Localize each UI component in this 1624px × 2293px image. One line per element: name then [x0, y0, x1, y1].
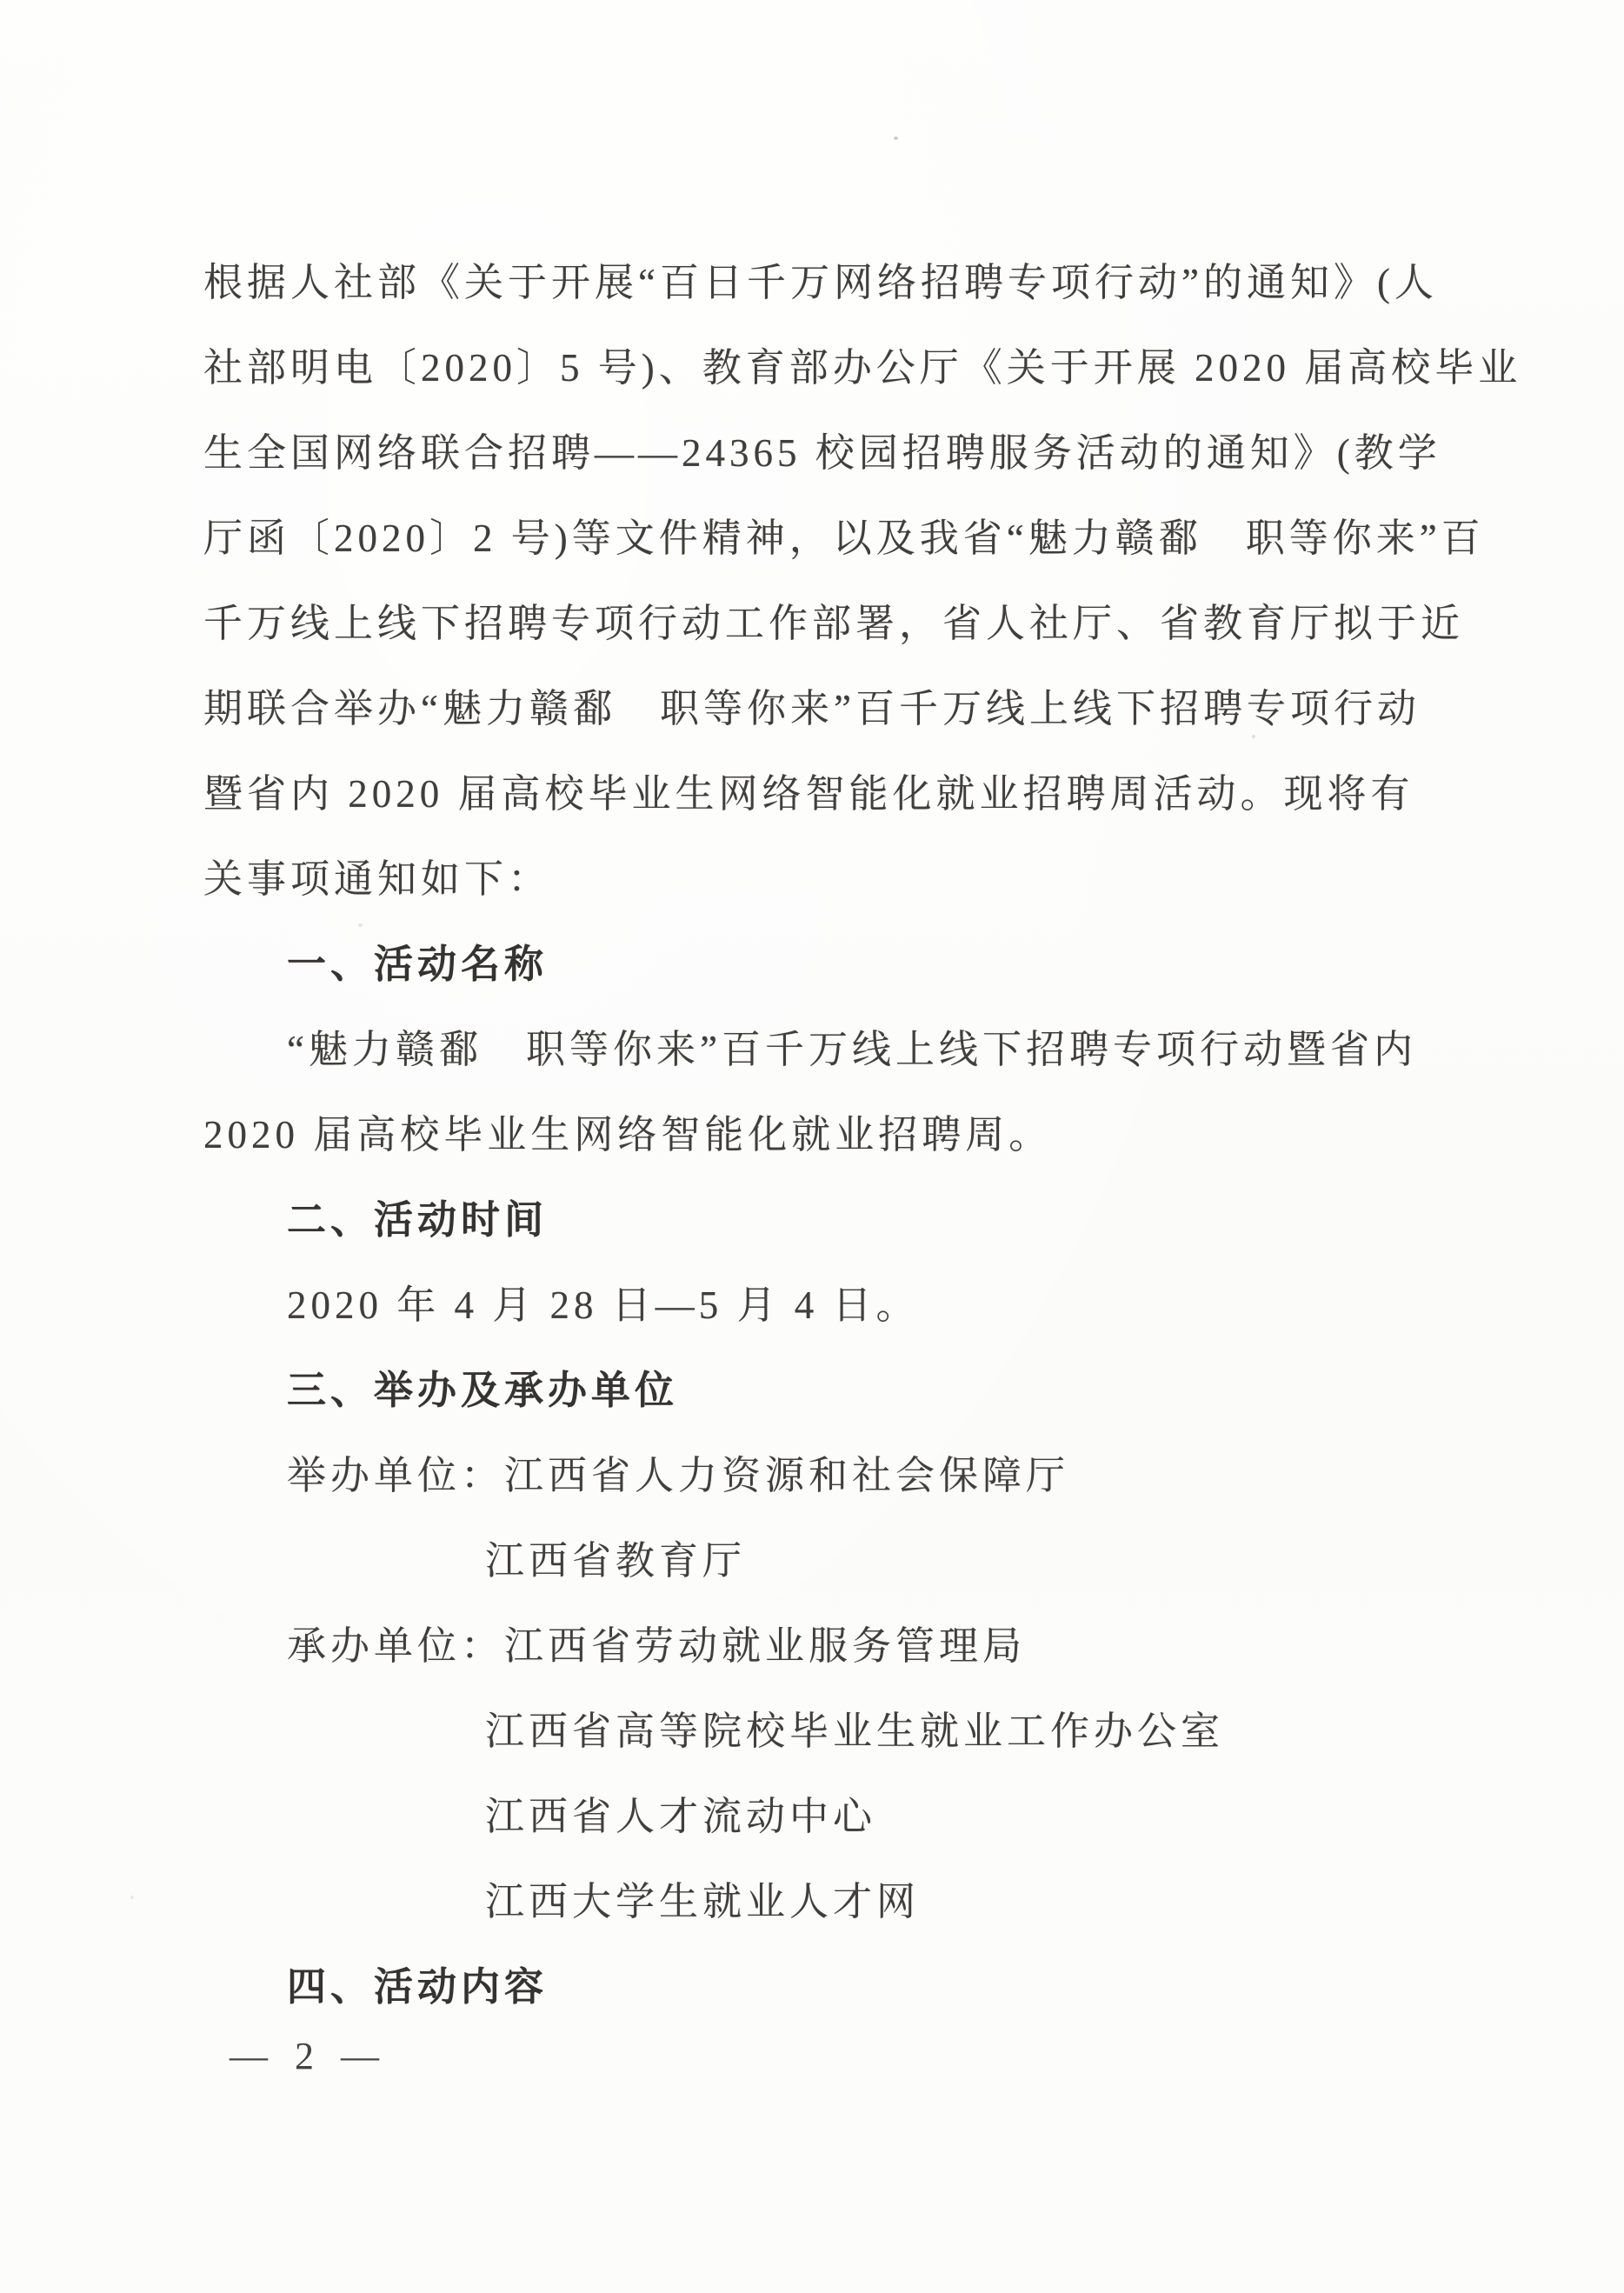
paragraph-line: 生全国网络联合招聘——24365 校园招聘服务活动的通知》(教学 [203, 410, 1516, 496]
section-heading-3: 三、举办及承办单位 [203, 1348, 1516, 1433]
activity-time-line: 2020 年 4 月 28 日—5 月 4 日。 [203, 1263, 1516, 1348]
section-heading-1: 一、活动名称 [203, 922, 1516, 1007]
scan-speck [130, 1896, 134, 1899]
paragraph-line: 根据人社部《关于开展“百日千万网络招聘专项行动”的通知》(人 [203, 240, 1516, 325]
section-heading-2: 二、活动时间 [203, 1177, 1516, 1263]
paragraph-line: “魅力赣鄱 职等你来”百千万线上线下招聘专项行动暨省内 [203, 1007, 1516, 1092]
paragraph-line: 厅函〔2020〕2 号)等文件精神，以及我省“魅力赣鄱 职等你来”百 [203, 496, 1516, 581]
scan-speck [1252, 735, 1255, 738]
scan-speck [894, 137, 898, 140]
paragraph-line: 关事项通知如下： [203, 837, 1516, 922]
scan-speck [1408, 548, 1412, 550]
paragraph-line: 千万线上线下招聘专项行动工作部署，省人社厅、省教育厅拟于近 [203, 581, 1516, 666]
organizer-unit-line: 承办单位：江西省劳动就业服务管理局 [203, 1603, 1516, 1689]
section-heading-4: 四、活动内容 [203, 1944, 1516, 2030]
page-number: — 2 — [230, 2026, 388, 2087]
paragraph-line: 社部明电〔2020〕5 号)、教育部办公厅《关于开展 2020 届高校毕业 [203, 325, 1516, 410]
document-page: 根据人社部《关于开展“百日千万网络招聘专项行动”的通知》(人 社部明电〔2020… [0, 0, 1624, 2293]
paragraph-line: 期联合举办“魅力赣鄱 职等你来”百千万线上线下招聘专项行动 [203, 666, 1516, 751]
page-number-label: — 2 — [230, 2035, 388, 2077]
organizer-unit-line: 江西省人才流动中心 [203, 1774, 1516, 1859]
scan-speck [358, 923, 363, 927]
paragraph-line: 暨省内 2020 届高校毕业生网络智能化就业招聘周活动。现将有 [203, 751, 1516, 837]
paragraph-line: 2020 届高校毕业生网络智能化就业招聘周。 [203, 1092, 1516, 1177]
organizer-unit-line: 江西大学生就业人才网 [203, 1859, 1516, 1944]
host-unit-line: 举办单位：江西省人力资源和社会保障厅 [203, 1433, 1516, 1518]
document-body: 根据人社部《关于开展“百日千万网络招聘专项行动”的通知》(人 社部明电〔2020… [203, 240, 1516, 2030]
organizer-unit-line: 江西省高等院校毕业生就业工作办公室 [203, 1689, 1516, 1774]
host-unit-line: 江西省教育厅 [203, 1518, 1516, 1603]
